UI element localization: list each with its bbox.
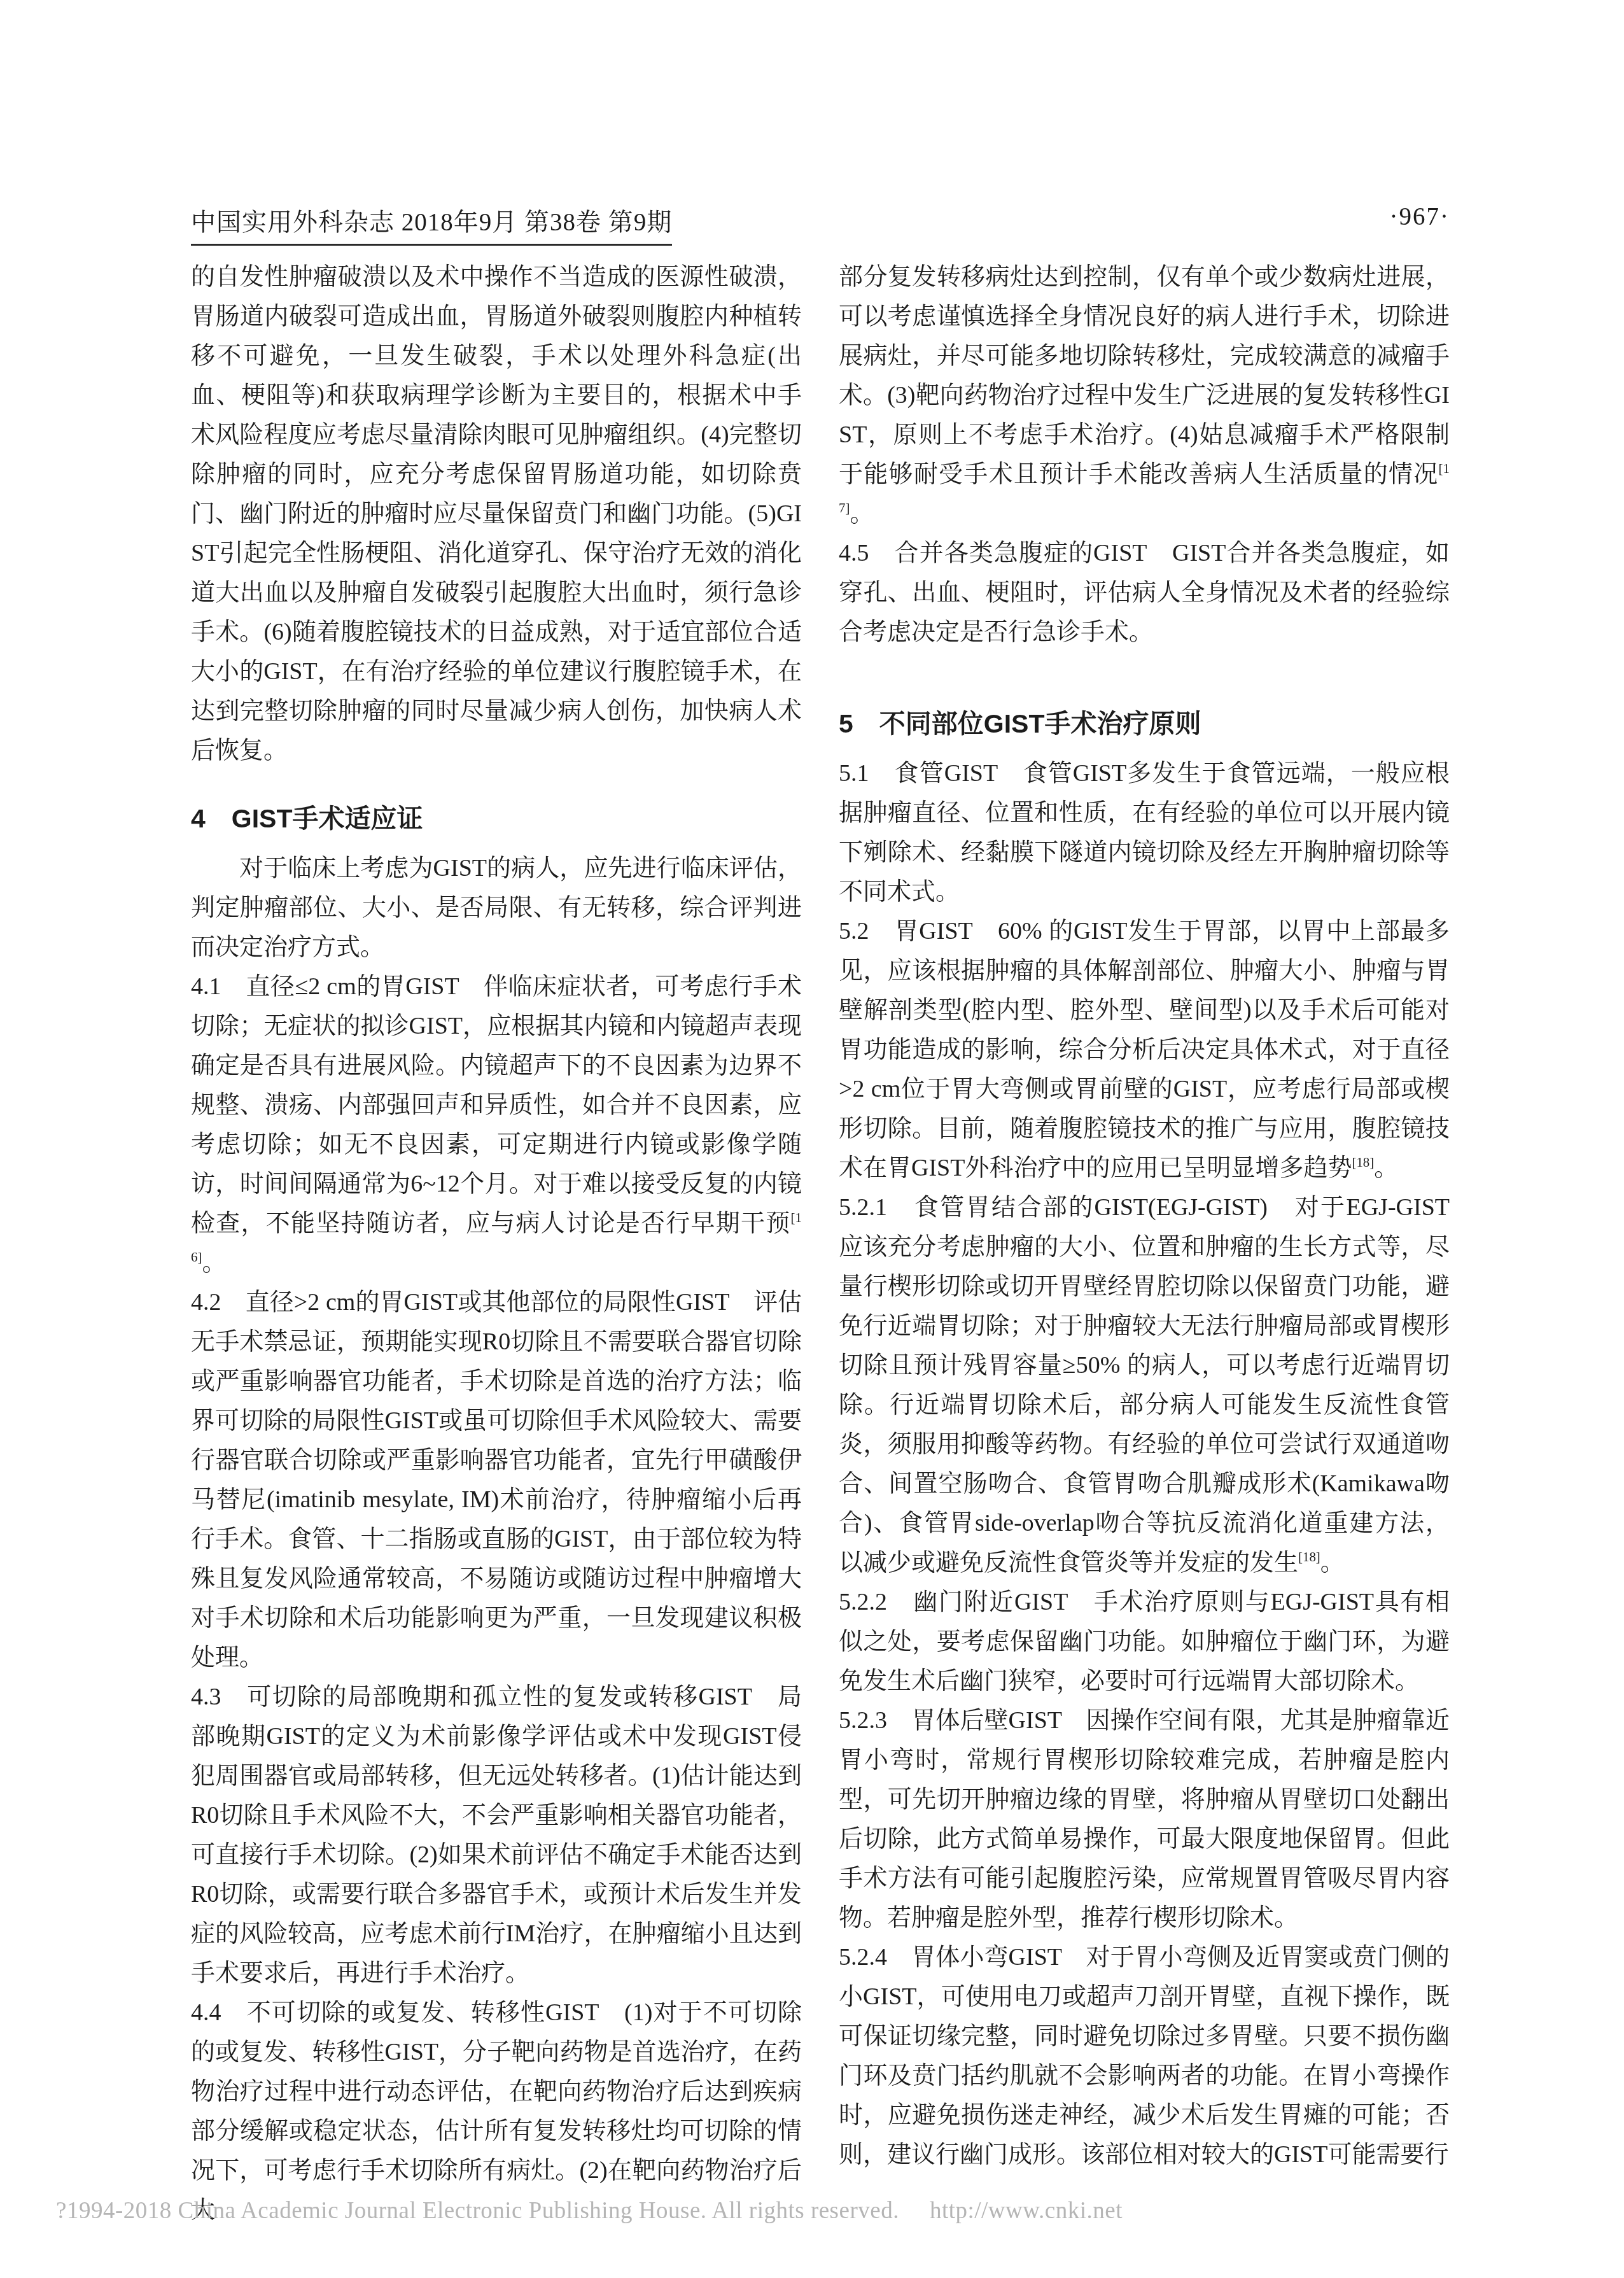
citation-ref: [18]	[1352, 1155, 1374, 1170]
page-header: 中国实用外科杂志 2018年9月 第38卷 第9期 ·967·	[191, 202, 1450, 246]
page-number: ·967·	[1390, 202, 1450, 231]
paragraph: 5.2.2 幽门附近GIST 手术治疗原则与EGJ-GIST具有相似之处，要考虑…	[839, 1582, 1450, 1701]
copyright-text: ?1994-2018 China Academic Journal Electr…	[56, 2198, 899, 2224]
citation-ref: [16]	[191, 1210, 802, 1265]
paragraph: 4.5 合并各类急腹症的GIST GIST合并各类急腹症，如穿孔、出血、梗阻时，…	[839, 533, 1450, 652]
paragraph: 4.4 不可切除的或复发、转移性GIST (1)对于不可切除的或复发、转移性GI…	[191, 1993, 802, 2230]
citation-ref: [18]	[1298, 1549, 1320, 1564]
left-column: 的自发性肿瘤破溃以及术中操作不当造成的医源性破溃，胃肠道内破裂可造成出血，胃肠道…	[191, 257, 802, 2230]
paragraph: 4.3 可切除的局部晚期和孤立性的复发或转移GIST 局部晚期GIST的定义为术…	[191, 1677, 802, 1993]
paragraph: 5.2.1 食管胃结合部的GIST(EGJ-GIST) 对于EGJ-GIST应该…	[839, 1188, 1450, 1582]
journal-title-header: 中国实用外科杂志 2018年9月 第38卷 第9期	[191, 202, 672, 246]
citation-ref: [17]	[839, 461, 1450, 516]
journal-page: 中国实用外科杂志 2018年9月 第38卷 第9期 ·967· 的自发性肿瘤破溃…	[0, 0, 1624, 2278]
watermark-footer: ?1994-2018 China Academic Journal Electr…	[56, 2197, 1123, 2225]
paragraph: 5.1 食管GIST 食管GIST多发生于食管远端，一般应根据肿瘤直径、位置和性…	[839, 754, 1450, 911]
right-column: 部分复发转移病灶达到控制，仅有单个或少数病灶进展，可以考虑谨慎选择全身情况良好的…	[839, 257, 1450, 2230]
paragraph: 的自发性肿瘤破溃以及术中操作不当造成的医源性破溃，胃肠道内破裂可造成出血，胃肠道…	[191, 257, 802, 770]
paragraph: 部分复发转移病灶达到控制，仅有单个或少数病灶进展，可以考虑谨慎选择全身情况良好的…	[839, 257, 1450, 533]
cnki-url: http://www.cnki.net	[930, 2198, 1123, 2224]
paragraph: 对于临床上考虑为GIST的病人，应先进行临床评估，判定肿瘤部位、大小、是否局限、…	[191, 848, 802, 967]
section-heading: 5 不同部位GIST手术治疗原则	[839, 704, 1450, 743]
paragraph: 4.1 直径≤2 cm的胃GIST 伴临床症状者，可考虑行手术切除；无症状的拟诊…	[191, 967, 802, 1283]
paragraph: 4.2 直径>2 cm的胃GIST或其他部位的局限性GIST 评估无手术禁忌证，…	[191, 1283, 802, 1677]
section-heading: 4 GIST手术适应证	[191, 799, 802, 838]
paragraph: 5.2.4 胃体小弯GIST 对于胃小弯侧及近胃窦或贲门侧的小GIST，可使用电…	[839, 1937, 1450, 2174]
paragraph: 5.2.3 胃体后壁GIST 因操作空间有限，尤其是肿瘤靠近胃小弯时，常规行胃楔…	[839, 1701, 1450, 1937]
article-body: 的自发性肿瘤破溃以及术中操作不当造成的医源性破溃，胃肠道内破裂可造成出血，胃肠道…	[191, 257, 1450, 2230]
paragraph: 5.2 胃GIST 60% 的GIST发生于胃部，以胃中上部最多见，应该根据肿瘤…	[839, 911, 1450, 1188]
